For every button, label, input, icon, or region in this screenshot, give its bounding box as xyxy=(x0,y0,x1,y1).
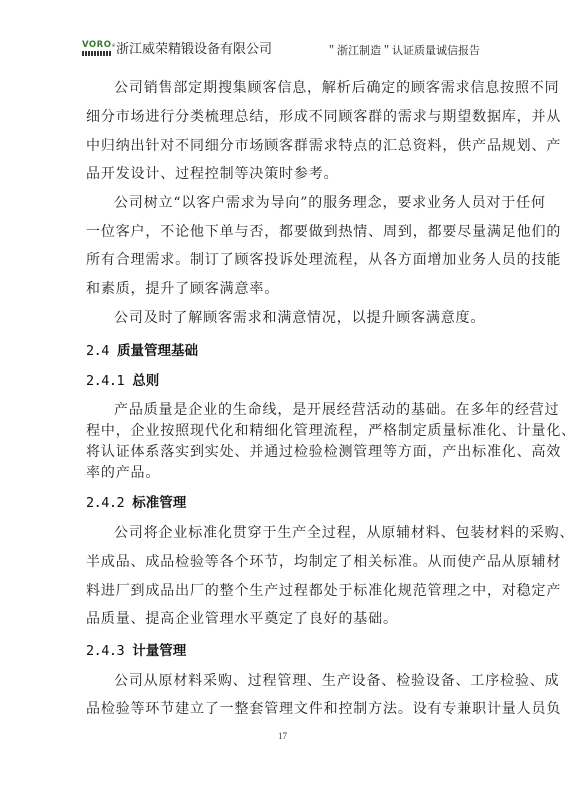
text-line: 品质量、提高企业管理水平奠定了良好的基础。 xyxy=(86,610,510,628)
text-line: 程中，企业按照现代化和精细化管理流程，严格制定质量标准化、计量化、 xyxy=(86,422,510,440)
report-title: ＂浙江制造＂认证质量诚信报告 xyxy=(326,42,480,60)
text-line: 所有合理需求。制订了顾客投诉处理流程，从各方面增加业务人员的技能 xyxy=(86,251,510,269)
text-line: 将认证体系落实到实处、并通过检验检测管理等方面，产出标准化、高效 xyxy=(86,443,510,461)
text-line: 一位客户，不论他下单与否，都要做到热情、周到，都要尽量满足他们的 xyxy=(86,223,510,241)
heading-title: 总则 xyxy=(132,373,159,389)
company-logo: VORO® xyxy=(82,41,118,59)
text-line: 品开发设计、过程控制等决策时参考。 xyxy=(86,165,510,183)
text-line: 中归纳出针对不同细分市场顾客群需求特点的汇总资料，供产品规划、产 xyxy=(86,137,510,155)
heading-number: 2.4 xyxy=(86,343,109,359)
heading-title: 标准管理 xyxy=(132,495,186,511)
text-line: 和素质，提升了顾客满意率。 xyxy=(86,280,510,298)
text-line: 公司销售部定期搜集顾客信息，解析后确定的顾客需求信息按照不同 xyxy=(114,79,510,97)
text-line: 半成品、成品检验等各个环节，均制定了相关标准。从而使产品从原辅材 xyxy=(86,553,510,571)
section-heading-2-4-1: 2.4.1 总则 xyxy=(86,372,159,390)
heading-number: 2.4.1 xyxy=(86,373,124,389)
text-line: 细分市场进行分类梳理总结，形成不同顾客群的需求与期望数据库，并从 xyxy=(86,108,510,126)
logo-text: VORO xyxy=(82,40,111,50)
company-name: 浙江威荣精锻设备有限公司 xyxy=(116,40,272,60)
text-line: 率的产品。 xyxy=(86,464,510,482)
text-line: 品检验等环节建立了一整套管理文件和控制方法。设有专兼职计量人员负 xyxy=(86,700,510,718)
section-heading-2-4-3: 2.4.3 计量管理 xyxy=(86,642,186,660)
text-line: 公司将企业标准化贯穿于生产全过程，从原辅材料、包装材料的采购、 xyxy=(114,524,510,542)
section-heading-2-4-2: 2.4.2 标准管理 xyxy=(86,494,186,512)
text-line: 公司树立“以客户需求为导向”的服务理念，要求业务人员对于任何 xyxy=(114,194,510,212)
page-header: VORO® 浙江威荣精锻设备有限公司 ＂浙江制造＂认证质量诚信报告 xyxy=(82,40,502,60)
heading-number: 2.4.2 xyxy=(86,495,124,511)
heading-title: 计量管理 xyxy=(132,643,186,659)
logo-subtext-icon xyxy=(82,51,112,56)
heading-title: 质量管理基础 xyxy=(117,343,198,359)
text-line: 公司从原材料采购、过程管理、生产设备、检验设备、工序检验、成 xyxy=(114,672,510,690)
page-number: 17 xyxy=(0,731,565,741)
logo-wordmark: VORO® xyxy=(82,41,116,50)
heading-number: 2.4.3 xyxy=(86,643,124,659)
text-line: 料进厂到成品出厂的整个生产过程都处于标准化规范管理之中，对稳定产 xyxy=(86,582,510,600)
text-line: 产品质量是企业的生命线，是开展经营活动的基础。在多年的经营过 xyxy=(114,401,510,419)
text-line: 公司及时了解顾客需求和满意情况，以提升顾客满意度。 xyxy=(114,309,510,327)
section-heading-2-4: 2.4 质量管理基础 xyxy=(86,342,198,360)
